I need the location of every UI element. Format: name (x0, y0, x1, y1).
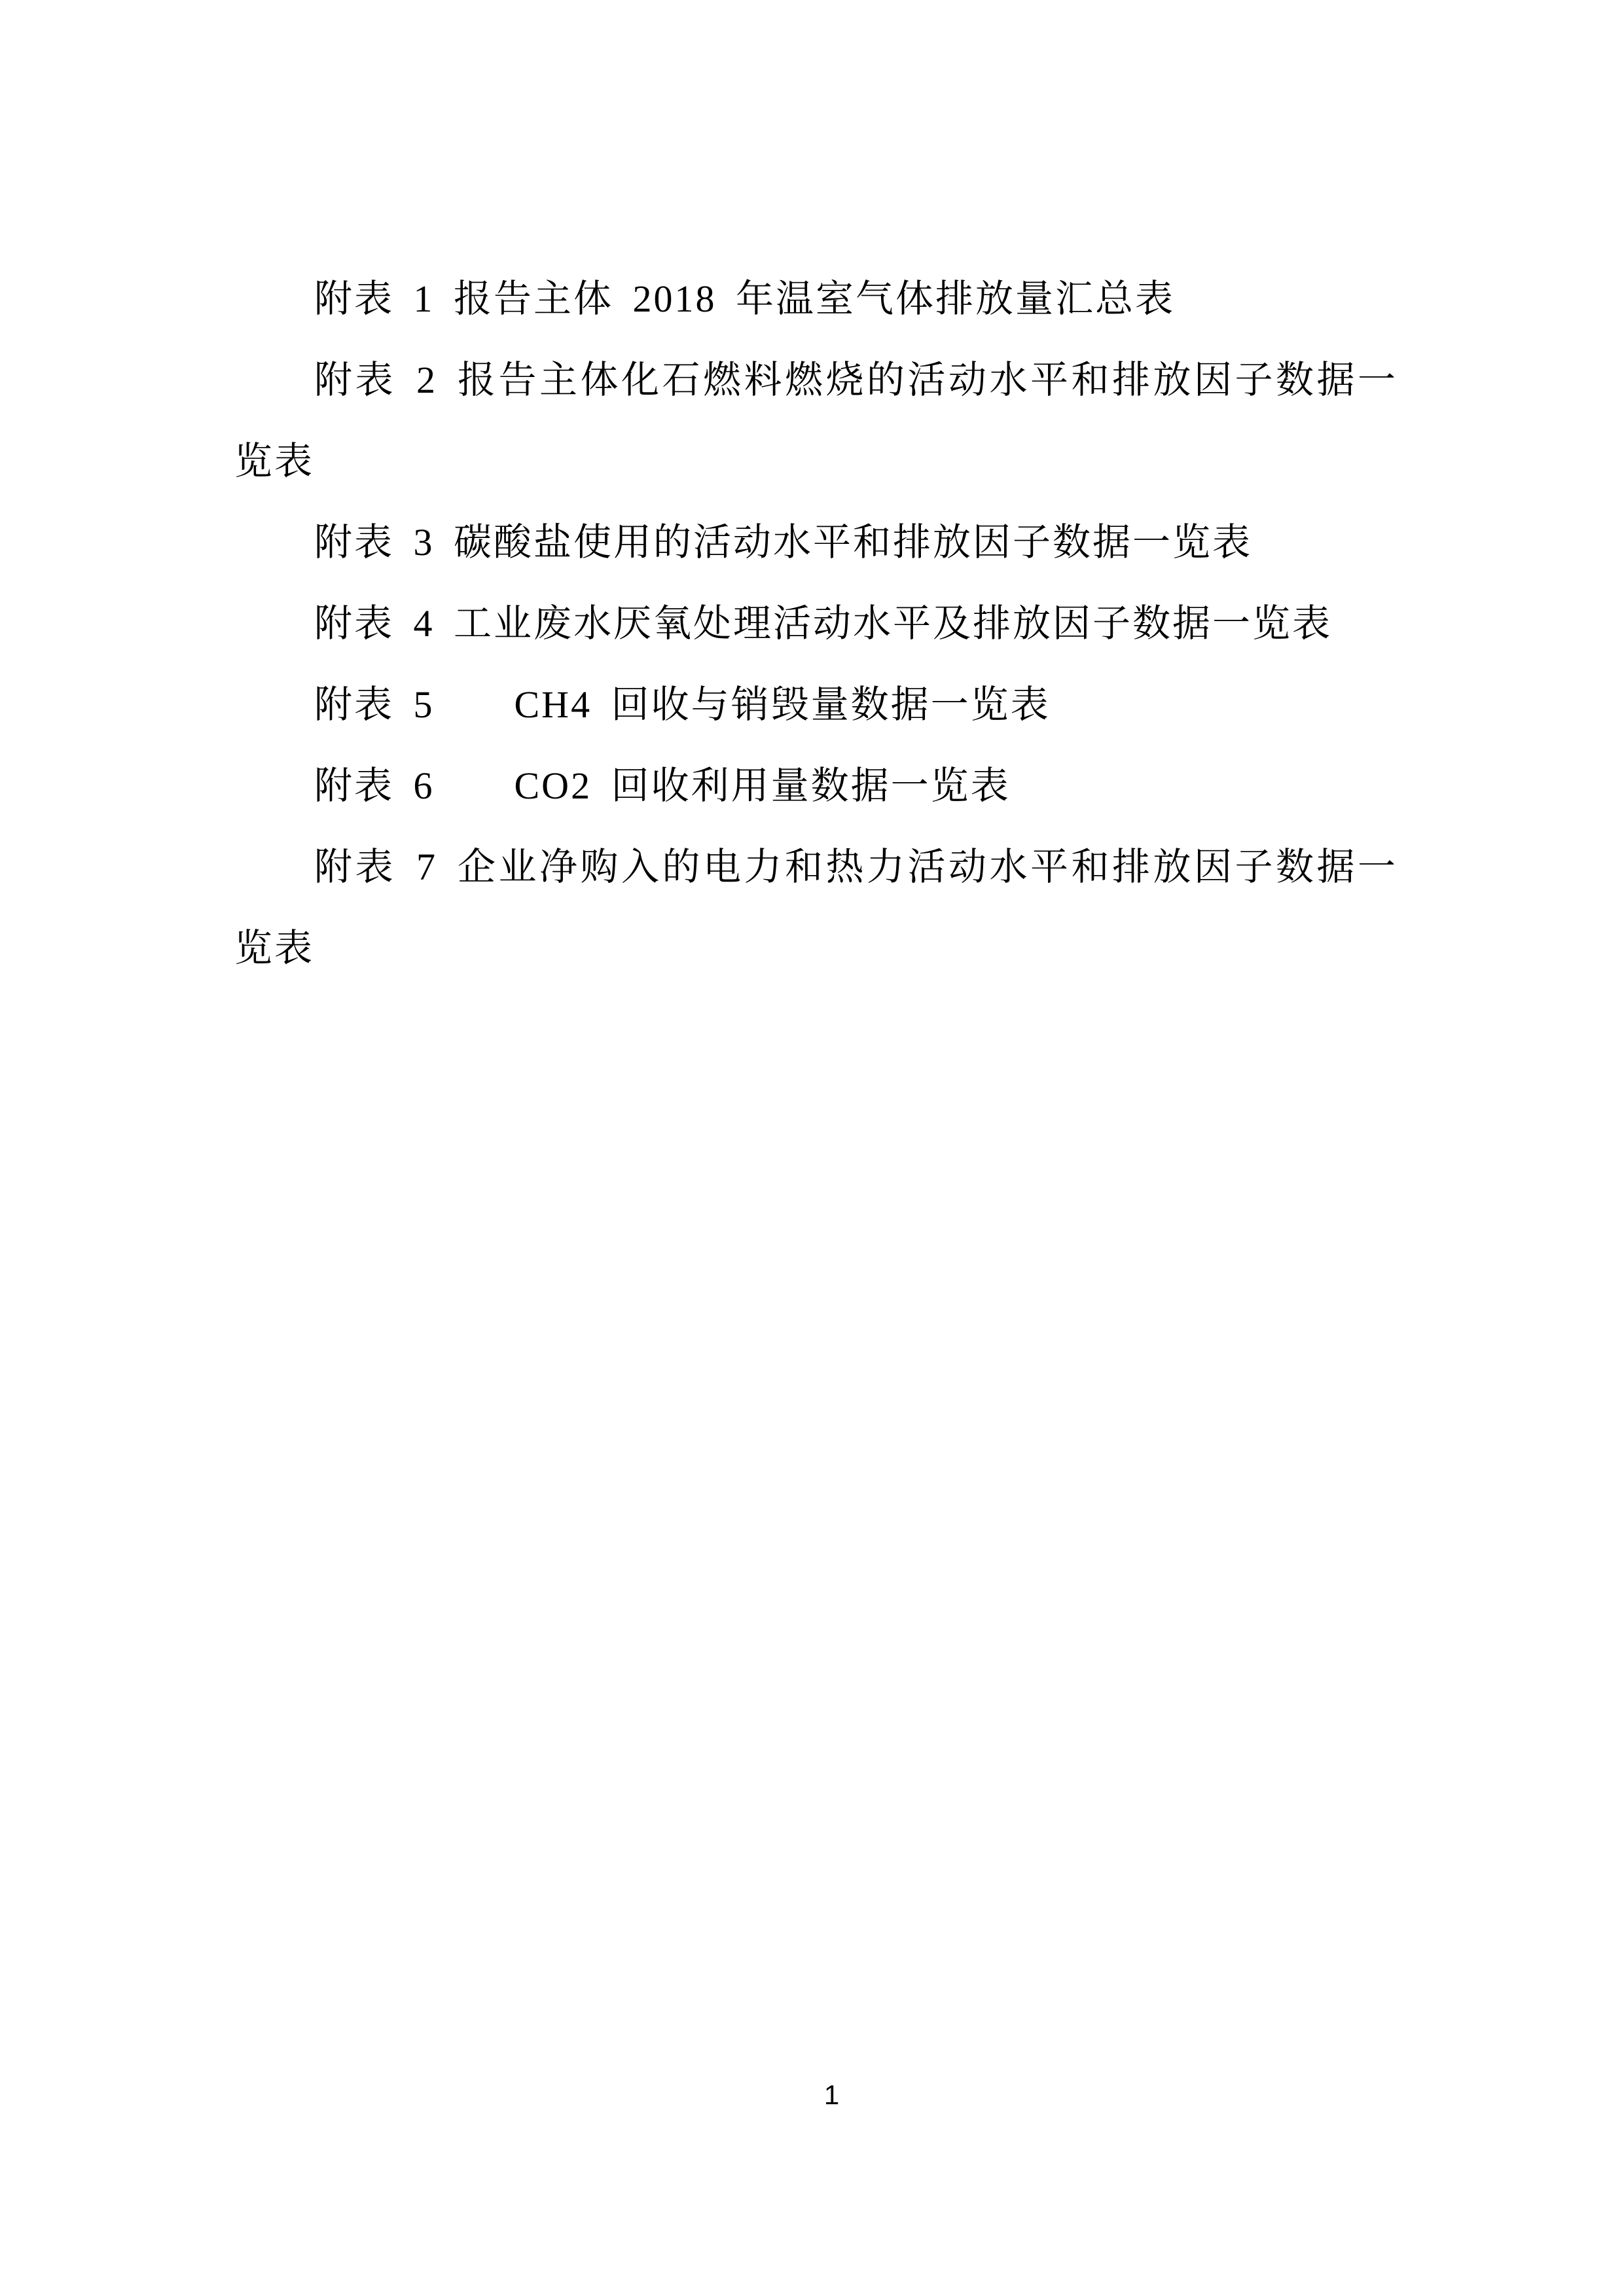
toc-item-3: 附表 3 碳酸盐使用的活动水平和排放因子数据一览表 (234, 502, 1398, 583)
toc-item-1: 附表 1 报告主体 2018 年温室气体排放量汇总表 (234, 259, 1398, 340)
toc-item-4: 附表 4 工业废水厌氧处理活动水平及排放因子数据一览表 (234, 583, 1398, 664)
toc-item-7: 附表 7 企业净购入的电力和热力活动水平和排放因子数据一览表 (234, 827, 1398, 989)
toc-item-6: 附表 6 CO2 回收利用量数据一览表 (234, 745, 1398, 827)
appendix-table-list: 附表 1 报告主体 2018 年温室气体排放量汇总表 附表 2 报告主体化石燃料… (234, 259, 1398, 989)
toc-item-5: 附表 5 CH4 回收与销毁量数据一览表 (234, 664, 1398, 745)
document-page: 附表 1 报告主体 2018 年温室气体排放量汇总表 附表 2 报告主体化石燃料… (0, 0, 1624, 2296)
page-number: 1 (39, 2079, 1624, 2111)
toc-item-2: 附表 2 报告主体化石燃料燃烧的活动水平和排放因子数据一览表 (234, 340, 1398, 502)
